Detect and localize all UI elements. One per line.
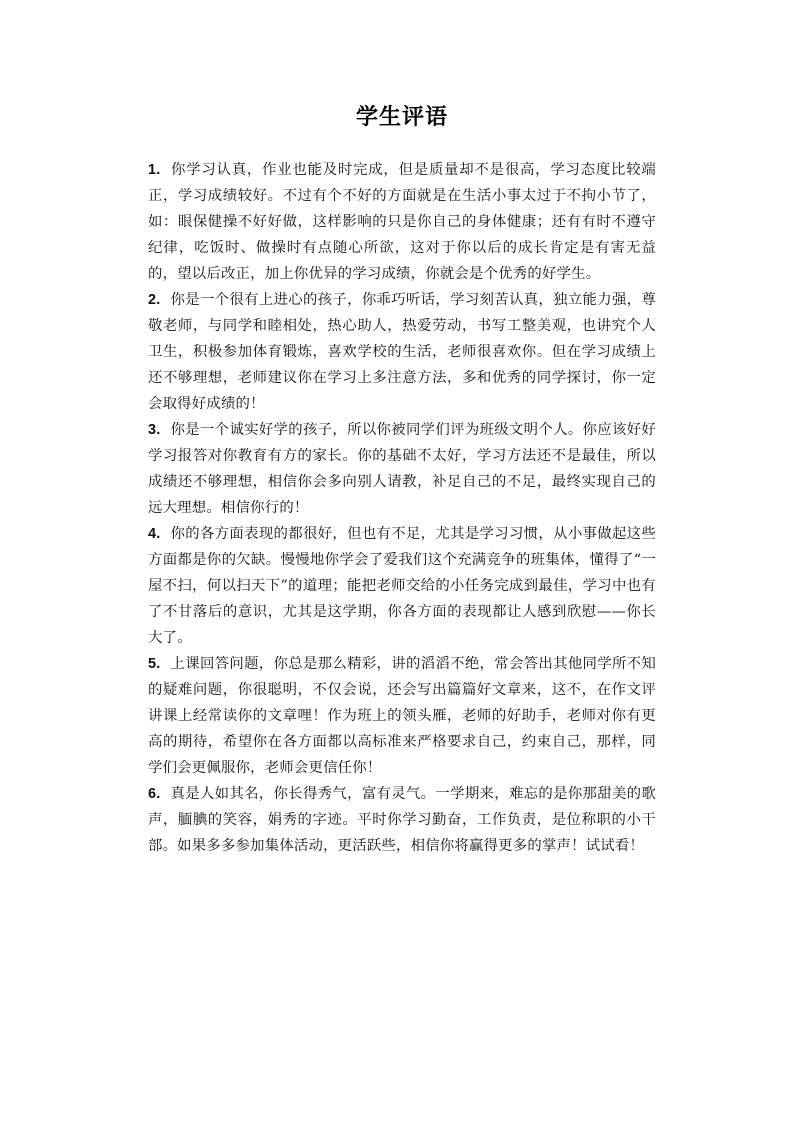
item-number: 5.: [148, 656, 160, 672]
item-text: 你是一个诚实好学的孩子，所以你被同学们评为班级文明个人。你应该好好学习报答对你教…: [148, 422, 656, 516]
item-number: 6.: [148, 786, 160, 802]
item-text: 真是人如其名，你长得秀气，富有灵气。一学期来，难忘的是你那甜美的歌声，腼腆的笑容…: [148, 786, 656, 854]
item-text: 你是一个很有上进心的孩子，你乖巧听话，学习刻苦认真，独立能力强，尊敬老师，与同学…: [148, 292, 656, 412]
comment-item-1: 1.你学习认真，作业也能及时完成，但是质量却不是很高，学习态度比较端正，学习成绩…: [148, 157, 656, 287]
comment-item-5: 5.上课回答问题，你总是那么精彩，讲的滔滔不绝，常会答出其他同学所不知的疑难问题…: [148, 651, 656, 781]
comment-item-6: 6.真是人如其名，你长得秀气，富有灵气。一学期来，难忘的是你那甜美的歌声，腼腆的…: [148, 781, 656, 859]
comment-list: 1.你学习认真，作业也能及时完成，但是质量却不是很高，学习态度比较端正，学习成绩…: [148, 157, 656, 859]
comment-item-4: 4.你的各方面表现的都很好，但也有不足，尤其是学习习惯，从小事做起这些方面都是你…: [148, 521, 656, 651]
item-number: 2.: [148, 292, 160, 308]
item-text: 你的各方面表现的都很好，但也有不足，尤其是学习习惯，从小事做起这些方面都是你的欠…: [148, 526, 656, 646]
item-text: 上课回答问题，你总是那么精彩，讲的滔滔不绝，常会答出其他同学所不知的疑难问题，你…: [148, 656, 656, 776]
comment-item-3: 3.你是一个诚实好学的孩子，所以你被同学们评为班级文明个人。你应该好好学习报答对…: [148, 417, 656, 521]
item-text: 你学习认真，作业也能及时完成，但是质量却不是很高，学习态度比较端正，学习成绩较好…: [148, 162, 656, 282]
comment-item-2: 2.你是一个很有上进心的孩子，你乖巧听话，学习刻苦认真，独立能力强，尊敬老师，与…: [148, 287, 656, 417]
item-number: 3.: [148, 422, 160, 438]
item-number: 1.: [148, 162, 160, 178]
document-title: 学生评语: [148, 100, 656, 131]
item-number: 4.: [148, 526, 160, 542]
